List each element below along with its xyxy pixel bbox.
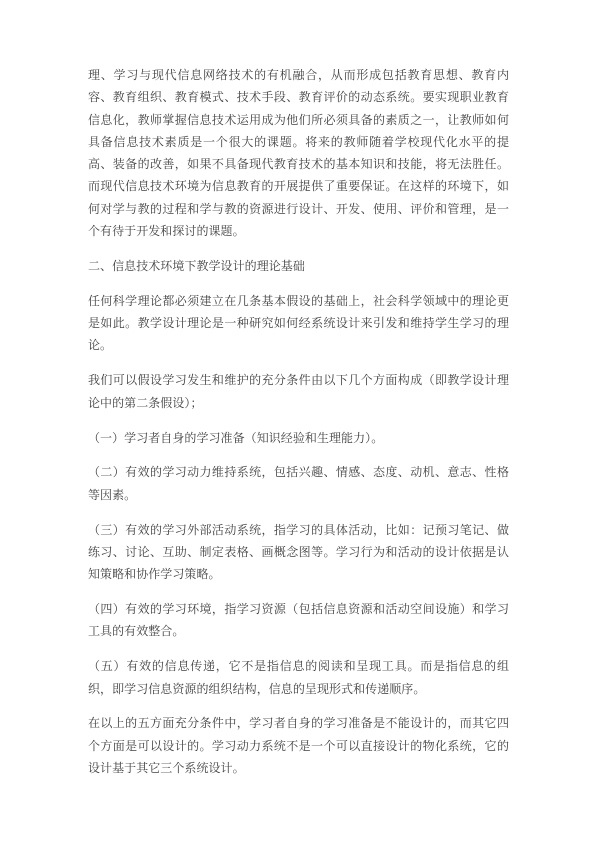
document-page: 理、学习与现代信息网络技术的有机融合，从而形成包括教育思想、教育内容、教育组织、… (0, 0, 595, 842)
list-item-5: （五）有效的信息传递，它不是指信息的阅读和呈现工具。而是指信息的组织，即学习信息… (88, 655, 509, 700)
list-item-2: （二）有效的学习动力维持系统，包括兴趣、情感、态度、动机、意志、性格等因素。 (88, 461, 509, 506)
paragraph-theory-basis: 任何科学理论都必须建立在几条基本假设的基础上，社会科学领域中的理论更是如此。教学… (88, 290, 509, 357)
list-item-3: （三）有效的学习外部活动系统，指学习的具体活动，比如：记预习笔记、做练习、讨论、… (88, 519, 509, 586)
list-item-1: （一）学习者自身的学习准备（知识经验和生理能力）。 (88, 427, 509, 449)
paragraph-conclusion: 在以上的五方面充分条件中，学习者自身的学习准备是不能设计的，而其它四个方面是可以… (88, 712, 509, 779)
section-heading: 二、信息技术环境下教学设计的理论基础 (88, 255, 509, 277)
document-content: 理、学习与现代信息网络技术的有机融合，从而形成包括教育思想、教育内容、教育组织、… (88, 64, 509, 792)
list-item-4: （四）有效的学习环境，指学习资源（包括信息资源和活动空间设施）和学习工具的有效整… (88, 598, 509, 643)
paragraph-assumption-lead-in: 我们可以假设学习发生和维护的充分条件由以下几个方面构成（即教学设计理论中的第二条… (88, 369, 509, 414)
paragraph-intro-continuation: 理、学习与现代信息网络技术的有机融合，从而形成包括教育思想、教育内容、教育组织、… (88, 64, 509, 242)
